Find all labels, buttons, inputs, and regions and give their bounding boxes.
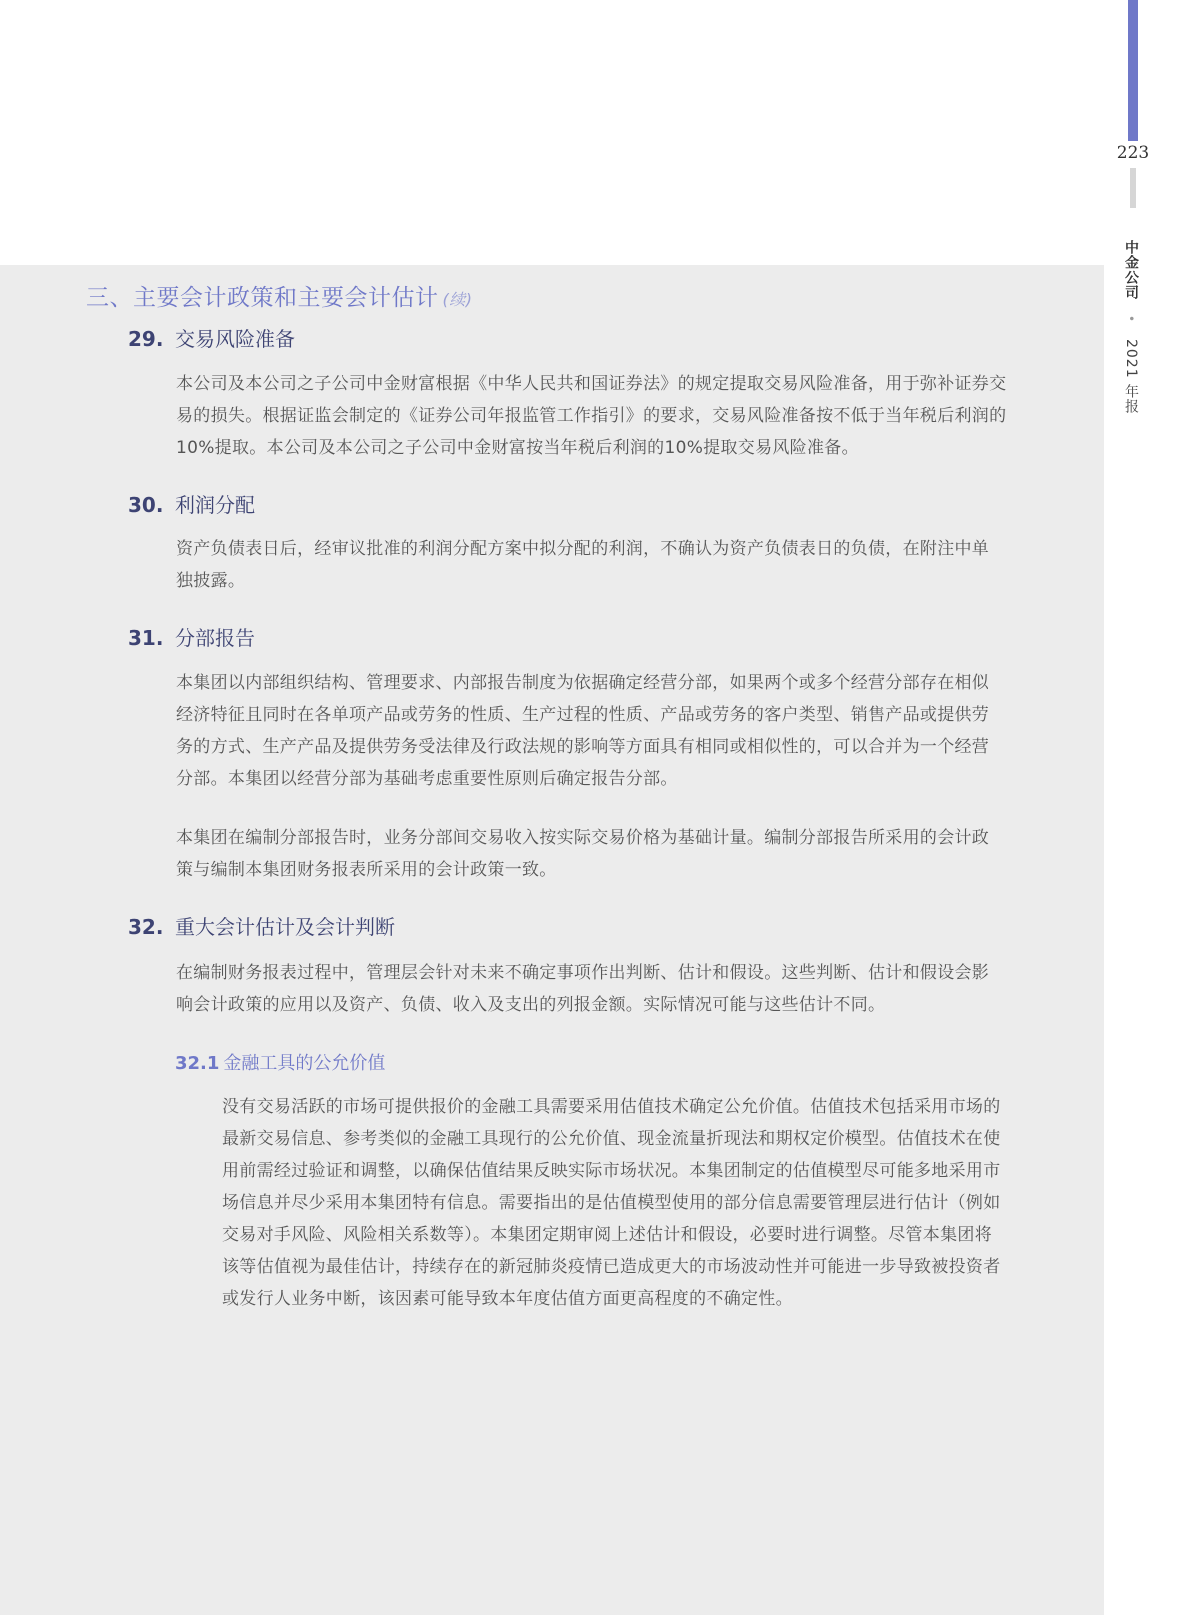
continued-label: (续) [443,290,473,309]
text-line: 或发行人业务中断，该因素可能导致本年度估值方面更高程度的不确定性。 [222,1283,1076,1315]
section-32-paragraph: 在编制财务报表过程中，管理层会针对未来不确定事项作出判断、估计和假设。这些判断、… [176,957,1076,1021]
text-line: 分部。本集团以经营分部为基础考虑重要性原则后确定报告分部。 [176,763,1076,795]
subsection-number: 32.1 [175,1053,219,1074]
section-31-paragraph-1: 本集团以内部组织结构、管理要求、内部报告制度为依据确定经营分部，如果两个或多个经… [176,667,1076,795]
subsection-title: 金融工具的公允价值 [223,1053,385,1074]
chapter-title-text: 三、主要会计政策和主要会计估计 [86,285,439,311]
text-line: 独披露。 [176,565,1076,597]
section-31-paragraph-2: 本集团在编制分部报告时，业务分部间交易收入按实际交易价格为基础计量。编制分部报告… [176,822,1076,886]
text-line: 务的方式、生产产品及提供劳务受法律及行政法规的影响等方面具有相同或相似性的，可以… [176,731,1076,763]
subsection-32-1-paragraph: 没有交易活跃的市场可提供报价的金融工具需要采用估值技术确定公允价值。估值技术包括… [222,1091,1076,1315]
section-title: 交易风险准备 [175,327,295,351]
text-line: 响会计政策的应用以及资产、负债、收入及支出的列报金额。实际情况可能与这些估计不同… [176,989,1076,1021]
text-line: 最新交易信息、参考类似的金融工具现行的公允价值、现金流量折现法和期权定价模型。估… [222,1123,1076,1155]
text-line: 易的损失。根据证监会制定的《证券公司年报监管工作指引》的要求，交易风险准备按不低… [176,400,1076,432]
section-heading-29: 29.交易风险准备 [128,323,295,352]
page-number: 223 [1110,143,1156,163]
text-line: 本集团在编制分部报告时，业务分部间交易收入按实际交易价格为基础计量。编制分部报告… [176,822,1076,854]
section-number: 31. [128,626,175,650]
text-line: 在编制财务报表过程中，管理层会针对未来不确定事项作出判断、估计和假设。这些判断、… [176,957,1076,989]
text-line: 经济特征且同时在各单项产品或劳务的性质、生产过程的性质、产品或劳务的客户类型、销… [176,699,1076,731]
report-year: 2021 年报 [1123,339,1139,414]
page-divider-bar [1130,168,1136,208]
subsection-heading-32-1: 32.1金融工具的公允价值 [175,1049,385,1075]
content-panel [0,265,1104,1615]
text-line: 10%提取。本公司及本公司之子公司中金财富按当年税后利润的10%提取交易风险准备… [176,432,1076,464]
section-30-paragraph: 资产负债表日后，经审议批准的利润分配方案中拟分配的利润，不确认为资产负债表日的负… [176,533,1076,597]
text-line: 本集团以内部组织结构、管理要求、内部报告制度为依据确定经营分部，如果两个或多个经… [176,667,1076,699]
section-heading-31: 31.分部报告 [128,622,255,651]
text-line: 没有交易活跃的市场可提供报价的金融工具需要采用估值技术确定公允价值。估值技术包括… [222,1091,1076,1123]
section-heading-30: 30.利润分配 [128,489,255,518]
section-number: 32. [128,915,175,939]
company-name: 中金公司 [1123,240,1139,300]
text-line: 策与编制本集团财务报表所采用的会计政策一致。 [176,854,1076,886]
section-29-paragraph: 本公司及本公司之子公司中金财富根据《中华人民共和国证券法》的规定提取交易风险准备… [176,368,1076,464]
section-number: 29. [128,327,175,351]
text-line: 场信息并尽少采用本集团特有信息。需要指出的是估值模型使用的部分信息需要管理层进行… [222,1187,1076,1219]
text-line: 交易对手风险、风险相关系数等）。本集团定期审阅上述估计和假设，必要时进行调整。尽… [222,1219,1076,1251]
section-number: 30. [128,493,175,517]
chapter-title: 三、主要会计政策和主要会计估计(续) [86,279,473,312]
text-line: 本公司及本公司之子公司中金财富根据《中华人民共和国证券法》的规定提取交易风险准备… [176,368,1076,400]
section-title: 利润分配 [175,493,255,517]
text-line: 资产负债表日后，经审议批准的利润分配方案中拟分配的利润，不确认为资产负债表日的负… [176,533,1076,565]
section-title: 分部报告 [175,626,255,650]
page-accent-bar [1128,0,1138,141]
separator-dot-icon: • [1124,315,1138,323]
text-line: 该等估值视为最佳估计，持续存在的新冠肺炎疫情已造成更大的市场波动性并可能进一步导… [222,1251,1076,1283]
running-header: 中金公司 • 2021 年报 [1121,240,1141,414]
text-line: 用前需经过验证和调整，以确保估值结果反映实际市场状况。本集团制定的估值模型尽可能… [222,1155,1076,1187]
section-heading-32: 32.重大会计估计及会计判断 [128,911,395,940]
section-title: 重大会计估计及会计判断 [175,915,395,939]
